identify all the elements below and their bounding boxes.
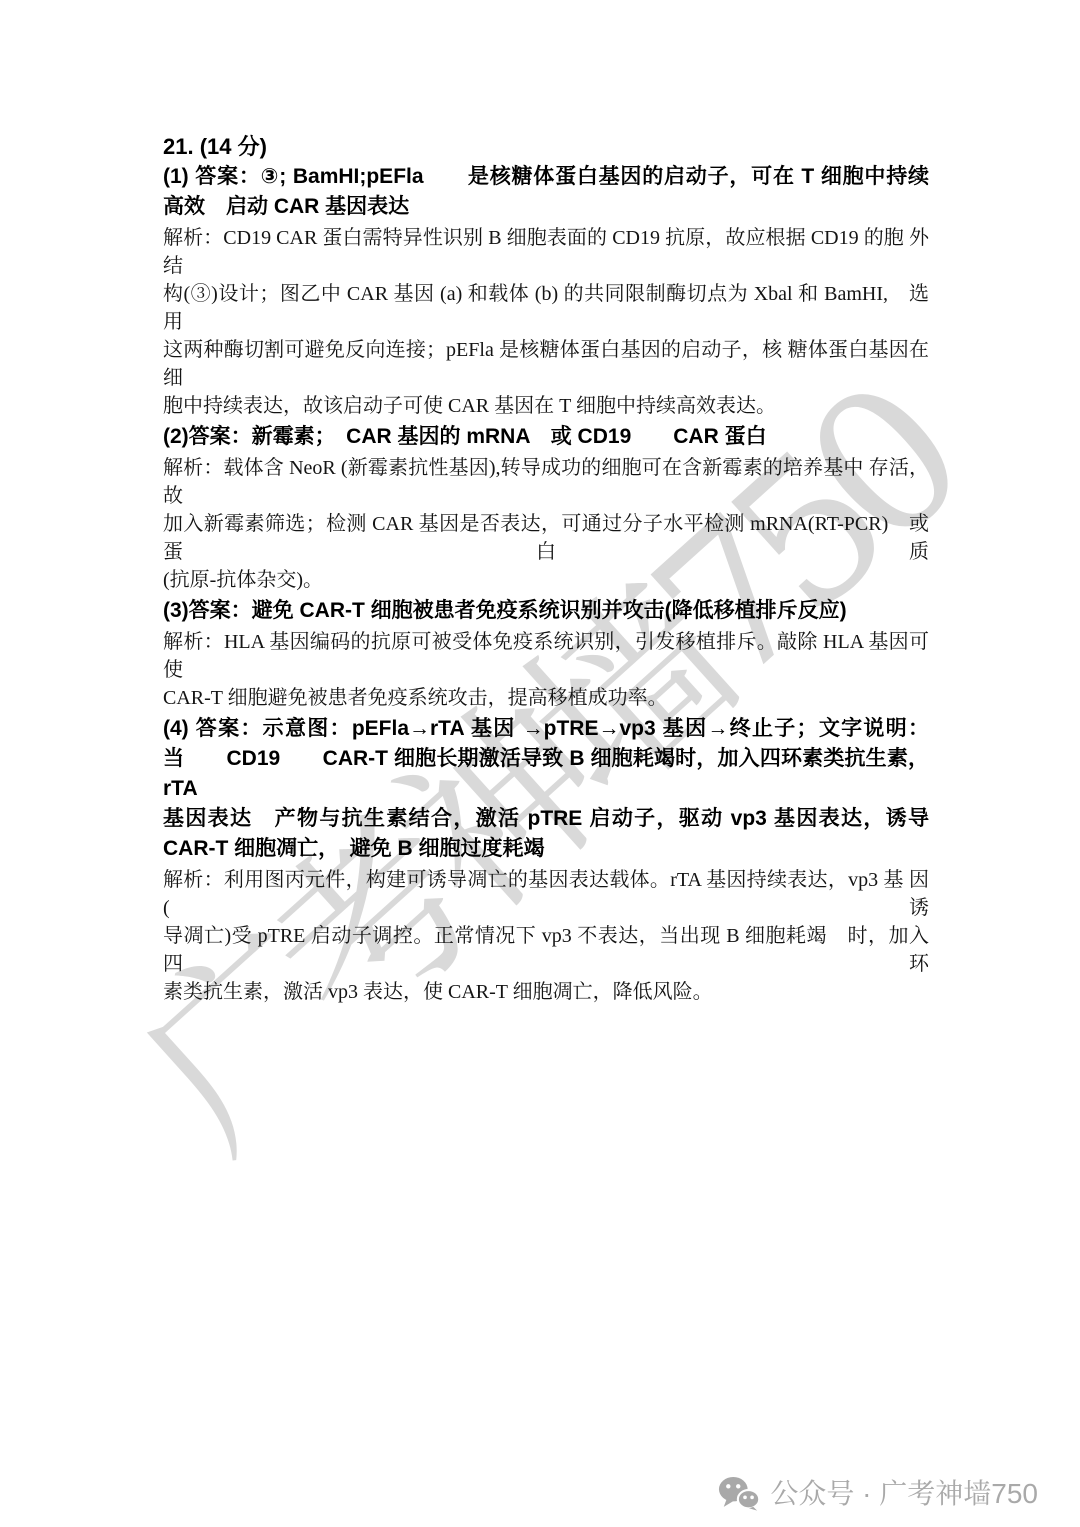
answer-line: (3)答案：避免 CAR-T 细胞被患者免疫系统识别并攻击(降低移植排斥反应) (163, 596, 929, 626)
analysis-line: 加入新霉素筛选；检测 CAR 基因是否表达，可通过分子水平检测 mRNA(RT-… (163, 510, 929, 566)
section-2: (2)答案：新霉素； CAR 基因的 mRNA 或 CD19 CAR 蛋白 解析… (163, 422, 929, 594)
answer-line: CAR-T 细胞凋亡， 避免 B 细胞过度耗竭 (163, 834, 929, 864)
analysis-line: 解析：利用图丙元件，构建可诱导凋亡的基因表达载体。rTA 基因持续表达，vp3 … (163, 866, 929, 922)
analysis-line: 素类抗生素，激活 vp3 表达，使 CAR-T 细胞凋亡，降低风险。 (163, 978, 929, 1006)
analysis-line: 胞中持续表达，故该启动子可使 CAR 基因在 T 细胞中持续高效表达。 (163, 392, 929, 420)
analysis-line: 解析：载体含 NeoR (新霉素抗性基因),转导成功的细胞可在含新霉素的培养基中… (163, 454, 929, 510)
answer-line: 高效 启动 CAR 基因表达 (163, 192, 929, 222)
answer-line: 当 CD19 CAR-T 细胞长期激活导致 B 细胞耗竭时，加入四环素类抗生素，… (163, 744, 929, 804)
footer-label: 公众号 · 广考神墙750 (770, 1477, 1038, 1511)
answer-line: (2)答案：新霉素； CAR 基因的 mRNA 或 CD19 CAR 蛋白 (163, 422, 929, 452)
analysis-line: 解析：HLA 基因编码的抗原可被受体免疫系统识别，引发移植排斥。敲除 HLA 基… (163, 628, 929, 684)
analysis-block: 解析：CD19 CAR 蛋白需特异性识别 B 细胞表面的 CD19 抗原，故应根… (163, 224, 929, 420)
analysis-line: 导凋亡)受 pTRE 启动子调控。正常情况下 vp3 不表达，当出现 B 细胞耗… (163, 922, 929, 978)
document-content: 21. (14 分) (1) 答案：③; BamHI;pEFla 是核糖体蛋白基… (163, 132, 929, 1008)
section-1: (1) 答案：③; BamHI;pEFla 是核糖体蛋白基因的启动子，可在 T … (163, 162, 929, 420)
section-3: (3)答案：避免 CAR-T 细胞被患者免疫系统识别并攻击(降低移植排斥反应) … (163, 596, 929, 712)
analysis-block: 解析：利用图丙元件，构建可诱导凋亡的基因表达载体。rTA 基因持续表达，vp3 … (163, 866, 929, 1006)
question-title: 21. (14 分) (163, 132, 929, 162)
footer-badge: 公众号 · 广考神墙750 (718, 1476, 1038, 1511)
analysis-block: 解析：载体含 NeoR (新霉素抗性基因),转导成功的细胞可在含新霉素的培养基中… (163, 454, 929, 594)
analysis-line: 解析：CD19 CAR 蛋白需特异性识别 B 细胞表面的 CD19 抗原，故应根… (163, 224, 929, 280)
analysis-line: (抗原-抗体杂交)。 (163, 566, 929, 594)
analysis-line: 构(③)设计；图乙中 CAR 基因 (a) 和载体 (b) 的共同限制酶切点为 … (163, 280, 929, 336)
answer-line: (1) 答案：③; BamHI;pEFla 是核糖体蛋白基因的启动子，可在 T … (163, 162, 929, 192)
answer-line: (4) 答案：示意图：pEFla→rTA 基因 →pTRE→vp3 基因→终止子… (163, 714, 929, 744)
analysis-line: CAR-T 细胞避免被患者免疫系统攻击，提高移植成功率。 (163, 684, 929, 712)
analysis-block: 解析：HLA 基因编码的抗原可被受体免疫系统识别，引发移植排斥。敲除 HLA 基… (163, 628, 929, 712)
section-4: (4) 答案：示意图：pEFla→rTA 基因 →pTRE→vp3 基因→终止子… (163, 714, 929, 1006)
analysis-line: 这两种酶切割可避免反向连接；pEFla 是核糖体蛋白基因的启动子，核 糖体蛋白基… (163, 336, 929, 392)
answer-sheet-page: 广考神墙750 21. (14 分) (1) 答案：③; BamHI;pEFla… (0, 0, 1080, 1527)
wechat-icon (718, 1476, 760, 1511)
answer-line: 基因表达 产物与抗生素结合，激活 pTRE 启动子，驱动 vp3 基因表达，诱导 (163, 804, 929, 834)
